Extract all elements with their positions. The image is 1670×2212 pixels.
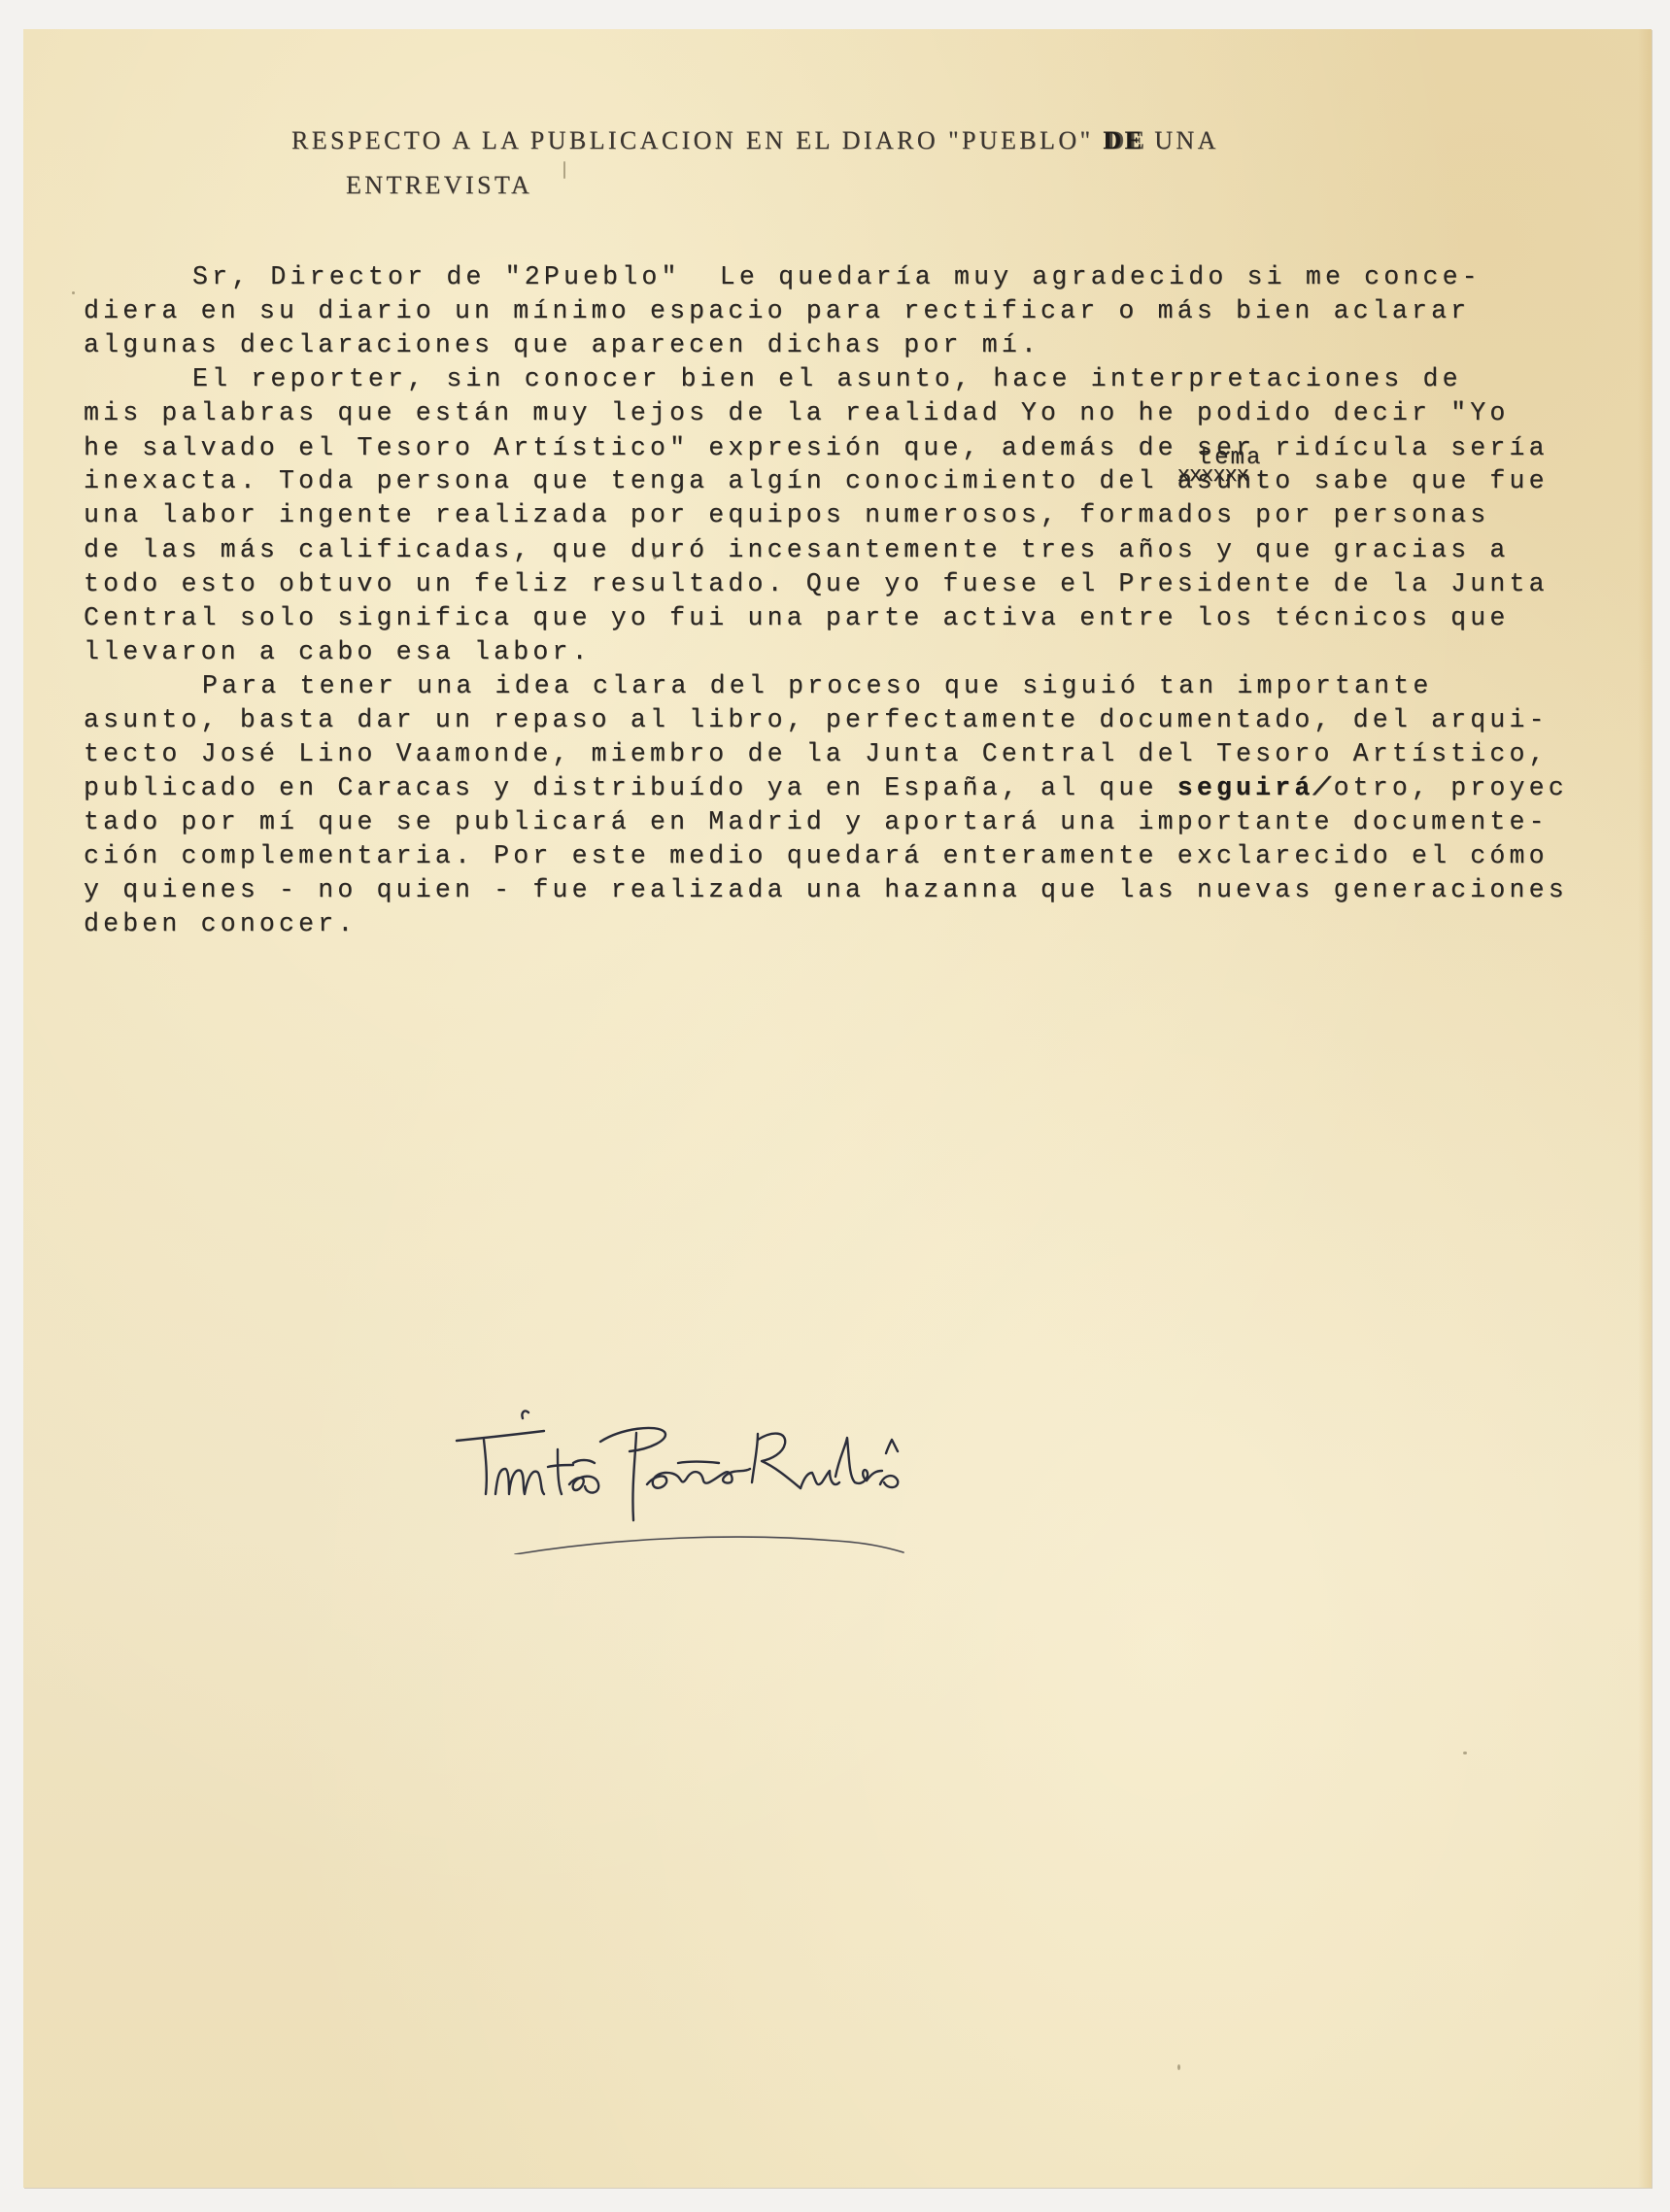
heading-overstrike: DEDE — [1103, 128, 1144, 153]
body-line: ción complementaria. Por este medio qued… — [84, 843, 1549, 869]
overtyped-word: seguirá — [1177, 773, 1314, 802]
paper-speck — [1177, 2064, 1180, 2070]
body-line: algunas declaraciones que aparecen dicha… — [84, 332, 1040, 358]
paper-speck — [653, 554, 657, 560]
typed-correction: temaasuntoxxxxxx — [1177, 468, 1295, 494]
paper-speck — [72, 291, 75, 294]
signature-icon — [427, 1379, 1146, 1554]
body-line: de las más calificadas, que duró incesan… — [84, 537, 1510, 563]
body-line: mis palabras que están muy lejos de la r… — [84, 400, 1510, 426]
body-line: Sr, Director de "2Pueblo" Le quedaría mu… — [192, 264, 1482, 290]
body-line: llevaron a cabo esa labor. — [84, 639, 592, 665]
body-line-correction: inexacta. Toda persona que tenga algín c… — [84, 468, 1549, 494]
body-line: Central solo significa que yo fui una pa… — [84, 605, 1510, 631]
paper-speck — [563, 161, 565, 179]
body-line: Para tener una idea clara del proceso qu… — [202, 673, 1432, 699]
body-line: diera en su diario un mínimo espacio par… — [84, 298, 1470, 324]
strike-marks: xxxxxx — [1177, 465, 1248, 487]
body-line: deben conocer. — [84, 911, 357, 937]
body-line: El reporter, sin conocer bien el asunto,… — [192, 366, 1462, 392]
crossed-out-word: asuntoxxxxxx — [1177, 468, 1295, 494]
document-page: RESPECTO A LA PUBLICACION EN EL DIARO "P… — [23, 29, 1652, 2188]
body-line: he salvado el Tesoro Artístico" expresió… — [84, 435, 1549, 461]
heading-line-1: RESPECTO A LA PUBLICACION EN EL DIARO "P… — [291, 128, 1219, 153]
heading-line-2: ENTREVISTA — [346, 173, 532, 198]
handwritten-signature: Timoteo Perez Rubio — [427, 1379, 1146, 1554]
body-line: una labor ingente realizada por equipos … — [84, 502, 1489, 528]
body-line: tecto José Lino Vaamonde, miembro de la … — [84, 741, 1549, 767]
body-line: y quienes - no quien - fue realizada una… — [84, 877, 1568, 903]
heading-line-1-text: RESPECTO A LA PUBLICACION EN EL DIARO "P… — [291, 126, 1103, 154]
body-line: todo esto obtuvo un feliz resultado. Que… — [84, 571, 1549, 597]
body-line: asunto, basta dar un repaso al libro, pe… — [84, 707, 1549, 733]
body-line: tado por mí que se publicará en Madrid y… — [84, 809, 1549, 835]
paper-speck — [1463, 1752, 1467, 1754]
body-line-strike: publicado en Caracas y distribuído ya en… — [84, 775, 1568, 801]
